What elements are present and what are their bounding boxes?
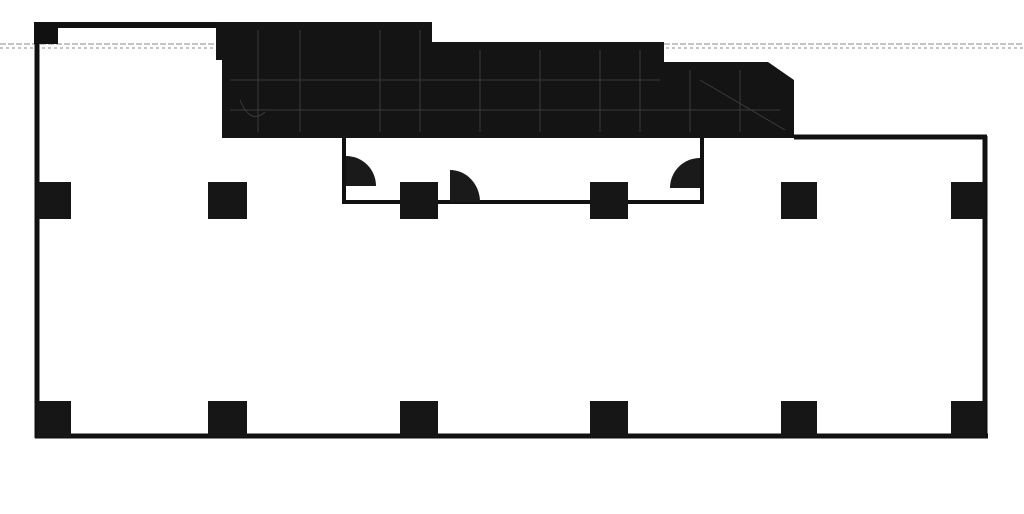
door-swing-center — [450, 170, 480, 202]
doors — [346, 156, 700, 202]
door-swing-right — [670, 158, 700, 188]
door-swing-left — [346, 156, 376, 186]
column — [37, 182, 71, 219]
column — [781, 401, 817, 437]
column — [951, 401, 985, 437]
elevator-lobby — [344, 138, 702, 202]
column — [400, 401, 438, 437]
column — [951, 182, 985, 219]
column — [781, 182, 817, 219]
column — [400, 182, 438, 219]
service-core — [216, 22, 794, 138]
north-wall-left — [34, 22, 224, 44]
column — [208, 182, 247, 219]
floor-plan — [0, 0, 1024, 514]
column — [208, 401, 247, 437]
column — [37, 401, 71, 437]
column — [590, 182, 628, 219]
structural-columns — [37, 182, 985, 437]
column — [590, 401, 628, 437]
